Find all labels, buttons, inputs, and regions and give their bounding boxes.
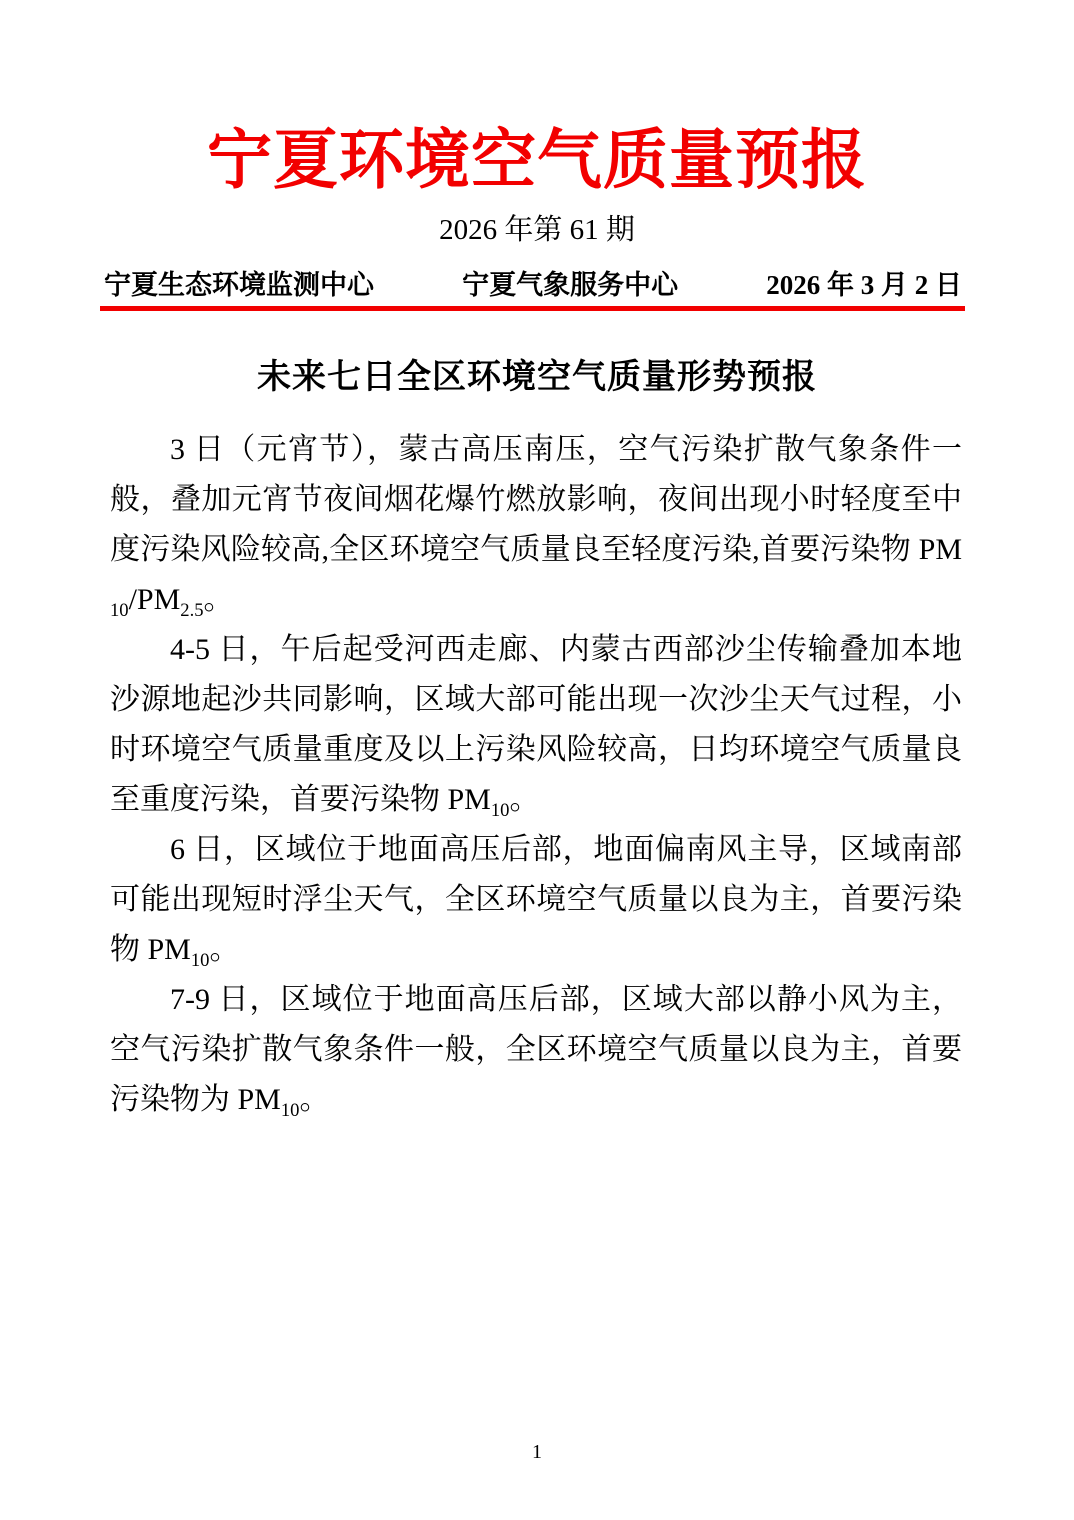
paragraph-text: 7-9 日，区域位于地面高压后部，区域大部以静小风为主，空气污染扩散气象条件一般… — [110, 983, 962, 1116]
forecast-paragraph: 7-9 日，区域位于地面高压后部，区域大部以静小风为主，空气污染扩散气象条件一般… — [110, 975, 962, 1125]
forecast-paragraph: 3 日（元宵节），蒙古高压南压，空气污染扩散气象条件一般，叠加元宵节夜间烟花爆竹… — [110, 425, 962, 625]
pollutant-subscript: 2.5 — [180, 600, 203, 621]
issue-date: 2026 年 3 月 2 日 — [766, 271, 962, 301]
masthead-row: 宁夏生态环境监测中心 宁夏气象服务中心 2026 年 3 月 2 日 — [104, 271, 962, 301]
issuing-org-center: 宁夏气象服务中心 — [462, 271, 678, 301]
pollutant-subscript: 10 — [491, 800, 510, 821]
paragraph-text: /PM — [129, 583, 181, 616]
page-number: 1 — [0, 1441, 1074, 1464]
issue-number: 2026 年第 61 期 — [0, 215, 1074, 247]
document-page: 宁夏环境空气质量预报 2026 年第 61 期 宁夏生态环境监测中心 宁夏气象服… — [0, 0, 1074, 1520]
forecast-paragraph: 4-5 日，午后起受河西走廊、内蒙古西部沙尘传输叠加本地沙源地起沙共同影响，区域… — [110, 625, 962, 825]
paragraph-text: 。 — [509, 783, 539, 816]
document-title: 宁夏环境空气质量预报 — [0, 124, 1074, 199]
forecast-paragraph: 6 日，区域位于地面高压后部，地面偏南风主导，区域南部可能出现短时浮尘天气，全区… — [110, 825, 962, 975]
paragraph-text: 。 — [204, 583, 234, 616]
red-divider — [100, 306, 965, 311]
pollutant-subscript: 10 — [110, 600, 129, 621]
forecast-paragraphs: 3 日（元宵节），蒙古高压南压，空气污染扩散气象条件一般，叠加元宵节夜间烟花爆竹… — [110, 425, 962, 1125]
section-title: 未来七日全区环境空气质量形势预报 — [0, 357, 1074, 398]
paragraph-text: 。 — [209, 933, 239, 966]
paragraph-text: 。 — [299, 1083, 329, 1116]
issuing-org-left: 宁夏生态环境监测中心 — [104, 271, 374, 301]
pollutant-subscript: 10 — [281, 1100, 300, 1121]
paragraph-text: 3 日（元宵节），蒙古高压南压，空气污染扩散气象条件一般，叠加元宵节夜间烟花爆竹… — [110, 433, 962, 566]
pollutant-subscript: 10 — [191, 950, 210, 971]
